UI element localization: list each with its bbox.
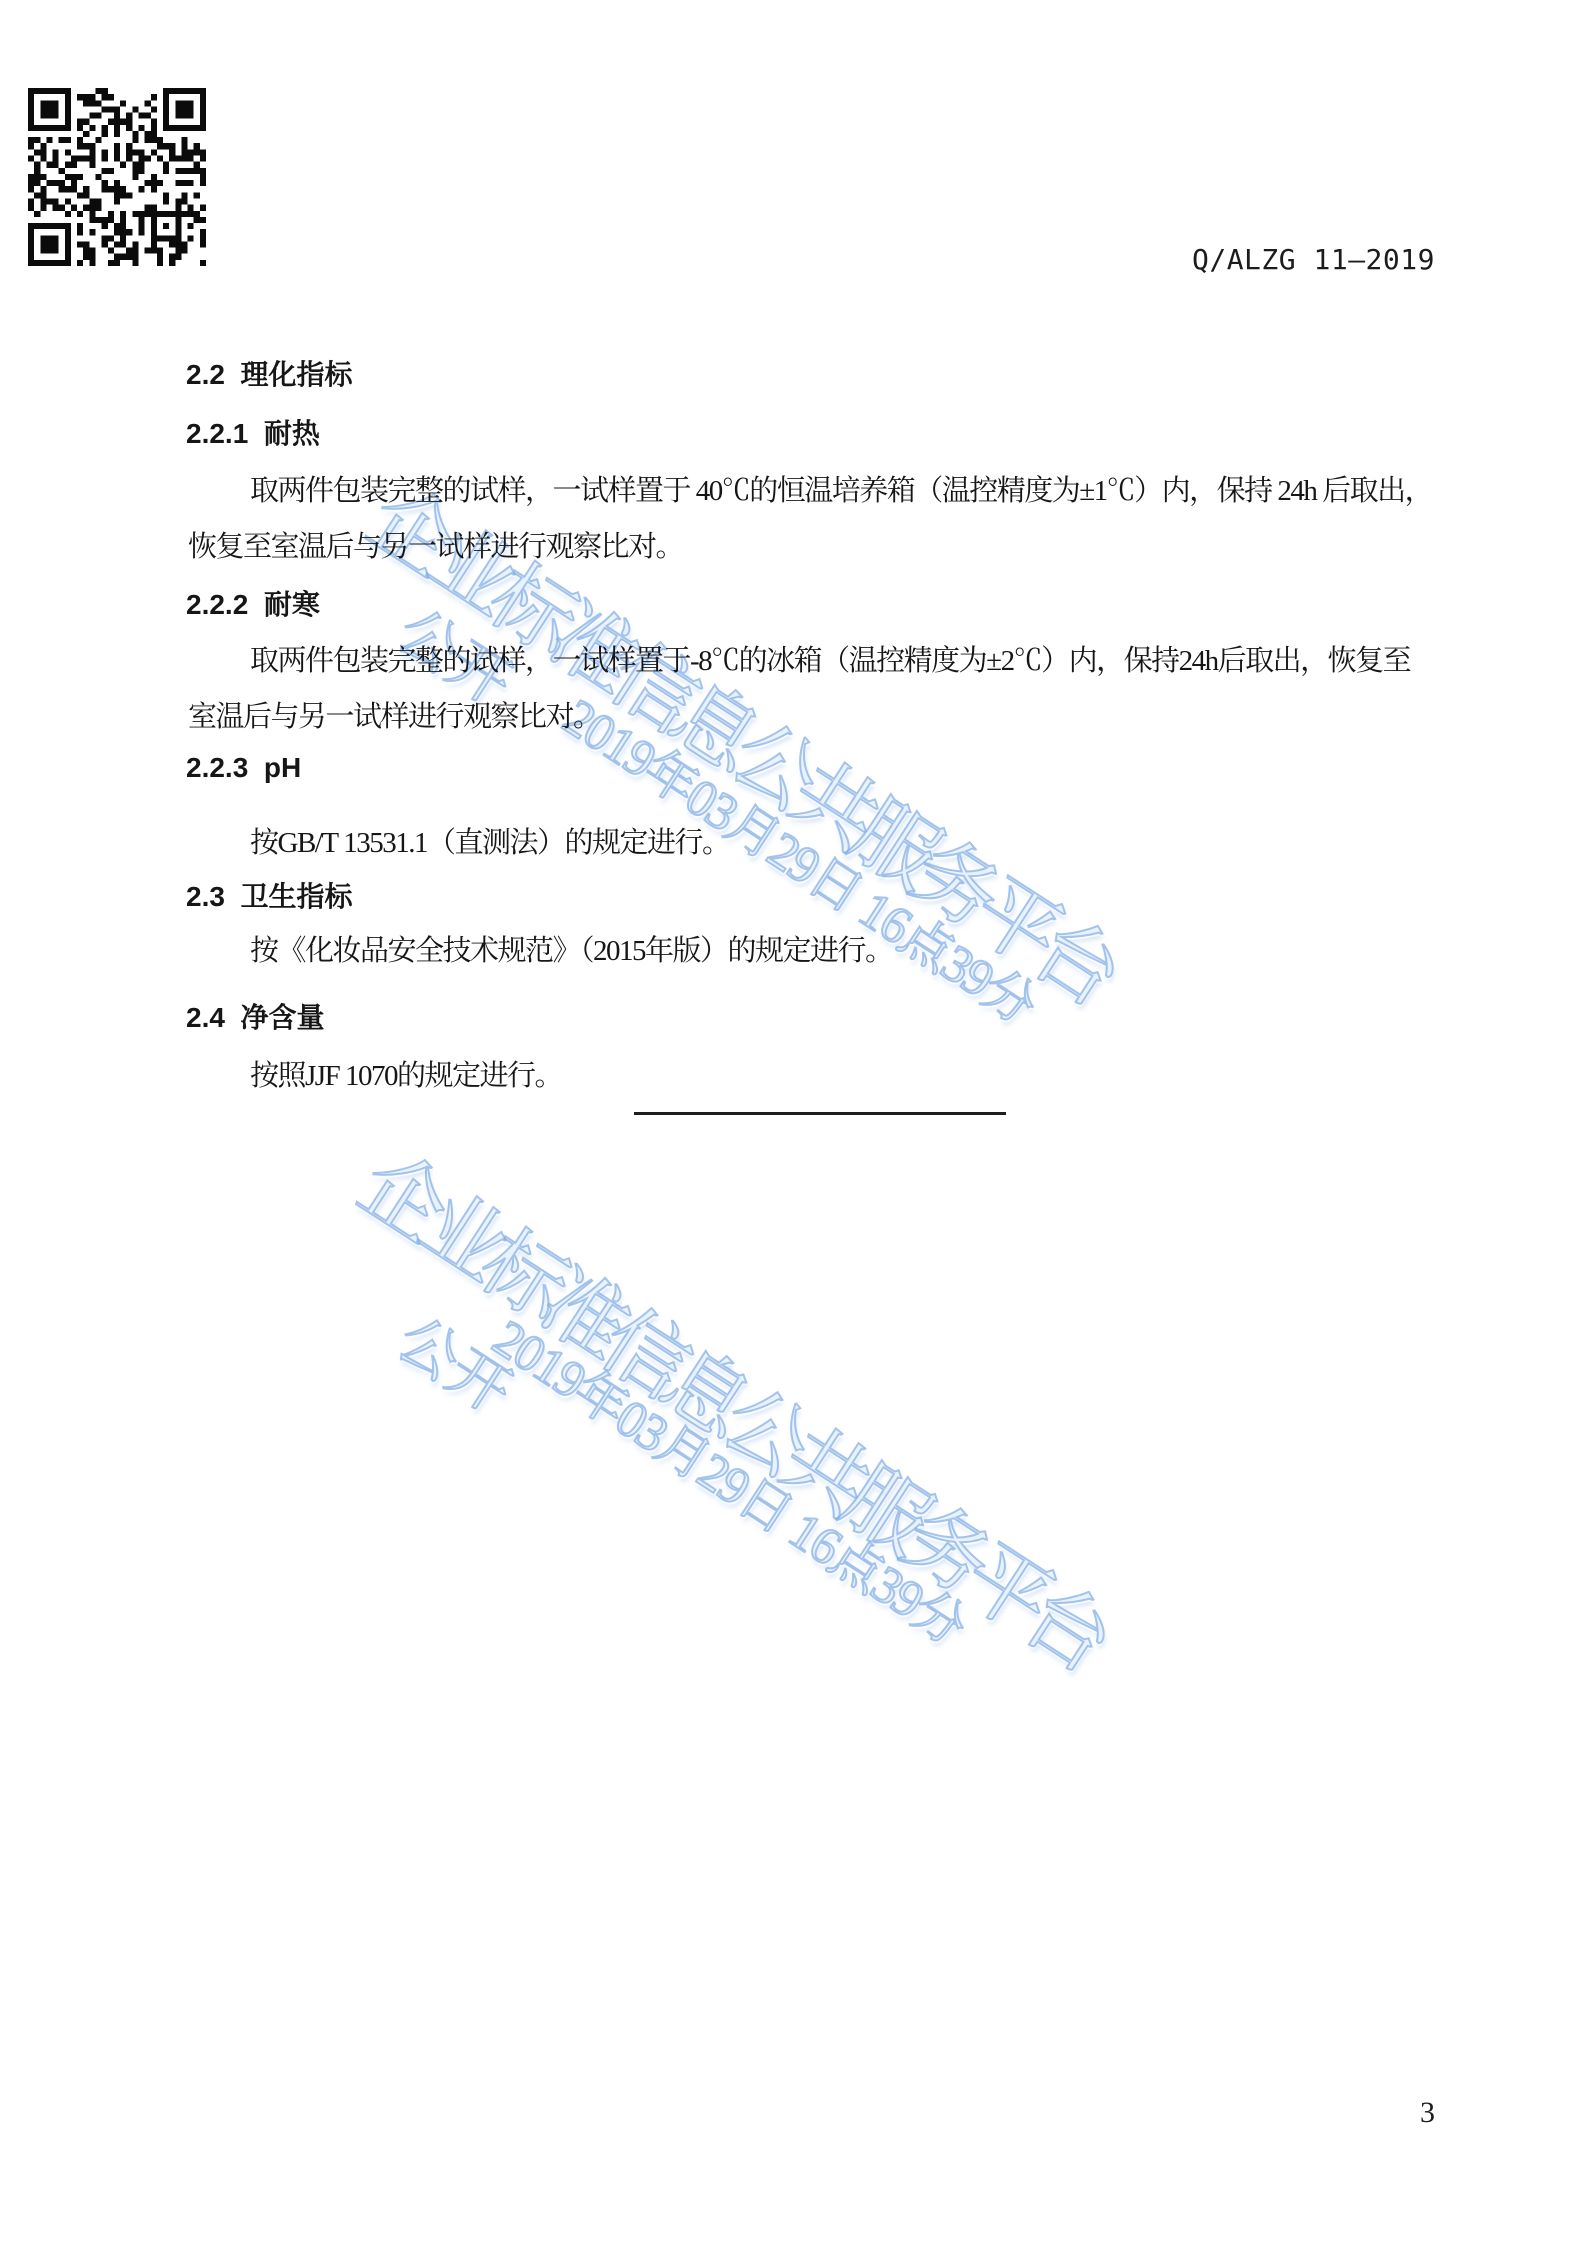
paragraph-ph: 按GB/T 13531.1（直测法）的规定进行。 — [250, 820, 730, 861]
paragraph-heat-line-2: 恢复至室温后与另一试样进行观察比对。 — [188, 524, 683, 565]
heading-2-2: 2.2 理化指标 — [186, 353, 352, 393]
watermark-platform-text-2: 企业标准信息公共服务平台 — [340, 1118, 1131, 1690]
watermark-public-text-2: 公开 — [383, 1293, 530, 1430]
document-page: Q/ALZG 11—2019 企业标准信息公共服务平台 公开 2019年03月2… — [0, 0, 1588, 2245]
paragraph-net-content: 按照JJF 1070的规定进行。 — [250, 1053, 562, 1094]
heading-2-4: 2.4 净含量 — [186, 996, 324, 1036]
heading-2-2-3: 2.2.3 pH — [186, 752, 301, 784]
qr-code — [28, 88, 206, 266]
heading-2-3: 2.3 卫生指标 — [186, 875, 352, 915]
paragraph-hygiene: 按《化妆品安全技术规范》（2015年版）的规定进行。 — [250, 928, 893, 969]
heading-2-2-2: 2.2.2 耐寒 — [186, 583, 320, 623]
paragraph-cold-line-1: 取两件包装完整的试样，一试样置于-8℃的冰箱（温控精度为±2℃）内，保持24h后… — [250, 638, 1410, 679]
watermark-datetime-text-2: 2019年03月29日 16点39分 — [481, 1297, 982, 1659]
qr-code-graphic — [28, 88, 206, 266]
paragraph-heat-line-1: 取两件包装完整的试样，一试样置于 40℃的恒温培养箱（温控精度为±1℃）内，保持… — [250, 468, 1432, 509]
page-number: 3 — [1420, 2096, 1435, 2130]
paragraph-cold-line-2: 室温后与另一试样进行观察比对。 — [188, 694, 601, 735]
end-divider-line — [634, 1112, 1006, 1115]
doc-code: Q/ALZG 11—2019 — [1192, 243, 1435, 276]
heading-2-2-1: 2.2.1 耐热 — [186, 412, 320, 452]
